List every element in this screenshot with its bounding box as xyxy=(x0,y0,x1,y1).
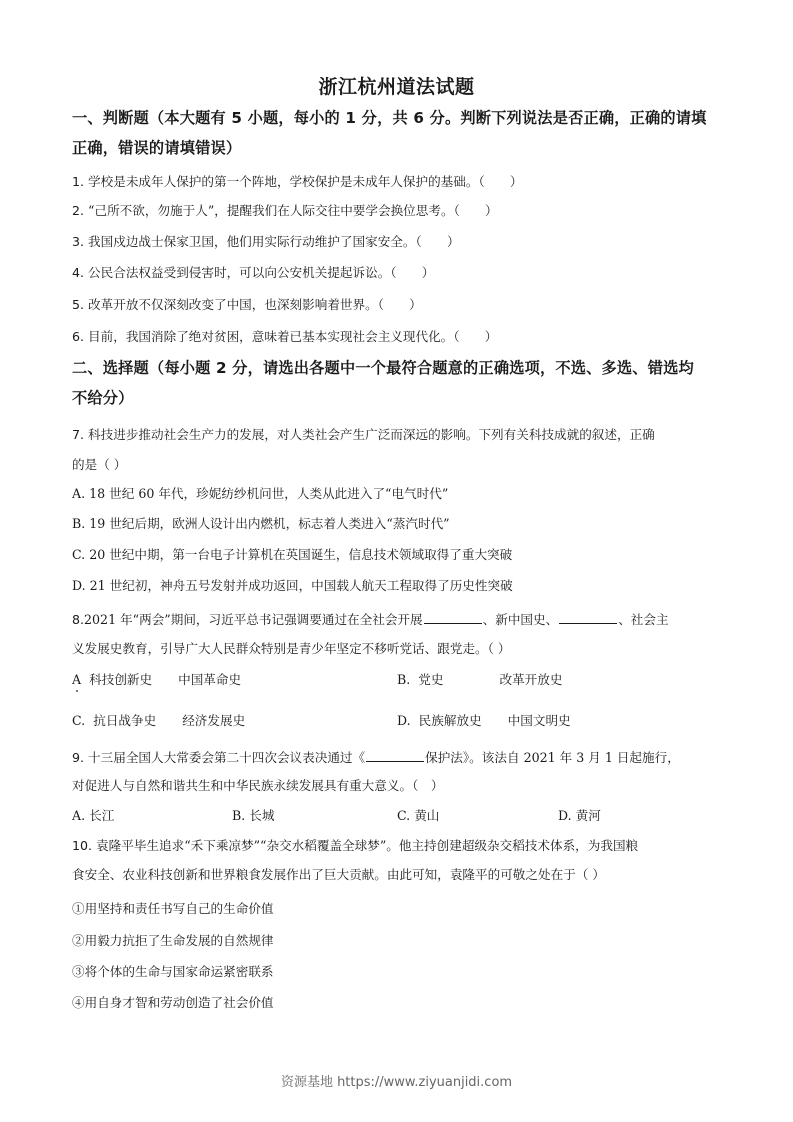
judgment-item-6: 6. 目前，我国消除了绝对贫困，意味着已基本实现社会主义现代化。（ ） xyxy=(72,329,497,345)
stray-dot-mark xyxy=(76,690,78,692)
judgment-item-5: 5. 改革开放不仅深刻改变了中国，也深刻影响着世界。（ ） xyxy=(72,297,422,313)
judgment-item-1: 1. 学校是未成年人保护的第一个阵地，学校保护是未成年人保护的基础。（ ） xyxy=(72,174,523,190)
item-text: “己所不欲，勿施于人”，提醒我们在人际交往中要学会换位思考。（ ） xyxy=(88,203,498,218)
answer-blank-1 xyxy=(424,611,482,624)
question-7-stem-line1: 7. 科技进步推动社会生产力的发展，对人类社会产生广泛而深远的影响。下列有关科技… xyxy=(72,427,655,443)
question-8-option-c: C. 抗日战争史 经济发展史 xyxy=(72,713,245,729)
item-text: 我国戍边战士保家卫国，他们用实际行动维护了国家安全。（ ） xyxy=(88,234,460,249)
item-number: 3. xyxy=(72,234,84,249)
section1-heading-line2: 正确，错误的请填错误） xyxy=(72,133,724,163)
item-number: 2. xyxy=(72,203,84,218)
option-second: 中国革命史 xyxy=(178,672,241,687)
item-number: 5. xyxy=(72,297,84,312)
item-number: 4. xyxy=(72,265,84,280)
judgment-item-4: 4. 公民合法权益受到侵害时，可以向公安机关提起诉讼。（ ） xyxy=(72,265,434,281)
option-label: B. xyxy=(397,672,410,687)
judgment-item-2: 2. “己所不欲，勿施于人”，提醒我们在人际交往中要学会换位思考。（ ） xyxy=(72,203,498,219)
question-10-statement-2: ②用毅力抗拒了生命发展的自然规律 xyxy=(72,933,274,949)
question-9-stem-line2: 对促进人与自然和谐共生和中华民族永续发展具有重大意义。（ ） xyxy=(72,778,444,794)
question-text: 袁隆平毕生追求“禾下乘凉梦”“杂交水稻覆盖全球梦”。他主持创建超级杂交稻技术体系… xyxy=(96,838,638,853)
question-text-part2: 、新中国史、 xyxy=(483,612,559,627)
question-7-option-c: C. 20 世纪中期，第一台电子计算机在英国诞生，信息技术领域取得了重大突破 xyxy=(72,547,512,563)
item-text: 目前，我国消除了绝对贫困，意味着已基本实现社会主义现代化。（ ） xyxy=(88,329,497,344)
option-second: 经济发展史 xyxy=(182,713,245,728)
question-8-stem-line2: 义发展史教育，引导广大人民群众特别是青少年坚定不移听党话、跟党走。（ ） xyxy=(72,641,511,657)
question-number: 7. xyxy=(72,427,84,442)
question-8-option-b: B. 党史 改革开放史 xyxy=(397,672,562,688)
question-10-statement-1: ①用坚持和责任书写自己的生命价值 xyxy=(72,901,274,917)
judgment-item-3: 3. 我国戍边战士保家卫国，他们用实际行动维护了国家安全。（ ） xyxy=(72,234,460,250)
question-10-statement-3: ③将个体的生命与国家命运紧密联系 xyxy=(72,964,274,980)
question-9-option-a: A. 长江 xyxy=(72,808,114,824)
item-number: 1. xyxy=(72,174,84,189)
option-second: 中国文明史 xyxy=(508,713,571,728)
item-text: 公民合法权益受到侵害时，可以向公安机关提起诉讼。（ ） xyxy=(88,265,434,280)
question-7-option-d: D. 21 世纪初，神舟五号发射并成功返回，中国载人航天工程取得了历史性突破 xyxy=(72,578,513,594)
option-label: C. xyxy=(72,713,85,728)
option-first: 民族解放史 xyxy=(419,713,482,728)
section2-heading-line2: 不给分） xyxy=(72,383,724,413)
question-9-option-c: C. 黄山 xyxy=(397,808,439,824)
question-10-stem-line1: 10. 袁隆平毕生追求“禾下乘凉梦”“杂交水稻覆盖全球梦”。他主持创建超级杂交稻… xyxy=(72,838,638,854)
question-8-option-d: D. 民族解放史 中国文明史 xyxy=(397,713,571,729)
question-number: 9. xyxy=(72,750,84,765)
question-7-option-b: B. 19 世纪后期，欧洲人设计出内燃机，标志着人类进入“蒸汽时代” xyxy=(72,516,450,532)
question-7-stem-line2: 的是（ ） xyxy=(72,457,126,473)
question-text-part1: 十三届全国人大常委会第二十四次会议表决通过《 xyxy=(88,750,365,765)
option-second: 改革开放史 xyxy=(499,672,562,687)
option-first: 抗日战争史 xyxy=(93,713,156,728)
question-9-stem-line1: 9. 十三届全国人大常委会第二十四次会议表决通过《保护法》。该法自 2021 年… xyxy=(72,749,680,766)
exam-page: 浙江杭州道法试题 一、判断题（本大题有 5 小题，每小的 1 分，共 6 分。判… xyxy=(0,0,793,1122)
question-text-part1: 2021 年“两会”期间，习近平总书记强调要通过在全社会开展 xyxy=(84,612,423,627)
question-text-part3: 、社会主 xyxy=(618,612,668,627)
option-first: 科技创新史 xyxy=(89,672,152,687)
item-number: 6. xyxy=(72,329,84,344)
item-text: 改革开放不仅深刻改变了中国，也深刻影响着世界。（ ） xyxy=(88,297,422,312)
item-text: 学校是未成年人保护的第一个阵地，学校保护是未成年人保护的基础。（ ） xyxy=(88,174,522,189)
question-number: 8. xyxy=(72,612,84,627)
section1-heading: 一、判断题（本大题有 5 小题，每小的 1 分，共 6 分。判断下列说法是否正确… xyxy=(72,103,724,163)
question-10-statement-4: ④用自身才智和劳动创造了社会价值 xyxy=(72,995,274,1011)
option-first: 党史 xyxy=(418,672,443,687)
question-8-option-a: A 科技创新史 中国革命史 xyxy=(72,672,241,688)
question-9-option-b: B. 长城 xyxy=(232,808,274,824)
answer-blank-2 xyxy=(559,611,617,624)
question-text: 科技进步推动社会生产力的发展，对人类社会产生广泛而深远的影响。下列有关科技成就的… xyxy=(88,427,655,442)
question-text-part2: 保护法》。该法自 2021 年 3 月 1 日起施行， xyxy=(425,750,680,765)
footer-watermark: 资源基地 https://www.ziyuanjidi.com xyxy=(0,1071,793,1090)
question-7-option-a: A. 18 世纪 60 年代，珍妮纺纱机问世，人类从此进入了“电气时代” xyxy=(72,486,448,502)
section1-heading-line1: 一、判断题（本大题有 5 小题，每小的 1 分，共 6 分。判断下列说法是否正确… xyxy=(72,103,724,133)
question-8-stem-line1: 8.2021 年“两会”期间，习近平总书记强调要通过在全社会开展、新中国史、、社… xyxy=(72,611,669,628)
section2-heading: 二、选择题（每小题 2 分，请选出各题中一个最符合题意的正确选项，不选、多选、错… xyxy=(72,353,724,413)
question-10-stem-line2: 食安全、农业科技创新和世界粮食发展作出了巨大贡献。由此可知，袁隆平的可敬之处在于… xyxy=(72,867,605,883)
section2-heading-line1: 二、选择题（每小题 2 分，请选出各题中一个最符合题意的正确选项，不选、多选、错… xyxy=(72,353,724,383)
page-title: 浙江杭州道法试题 xyxy=(0,72,793,99)
question-9-option-d: D. 黄河 xyxy=(558,808,601,824)
answer-blank xyxy=(366,749,424,762)
option-label: A xyxy=(72,672,81,687)
question-number: 10. xyxy=(72,838,92,853)
option-label: D. xyxy=(397,713,411,728)
